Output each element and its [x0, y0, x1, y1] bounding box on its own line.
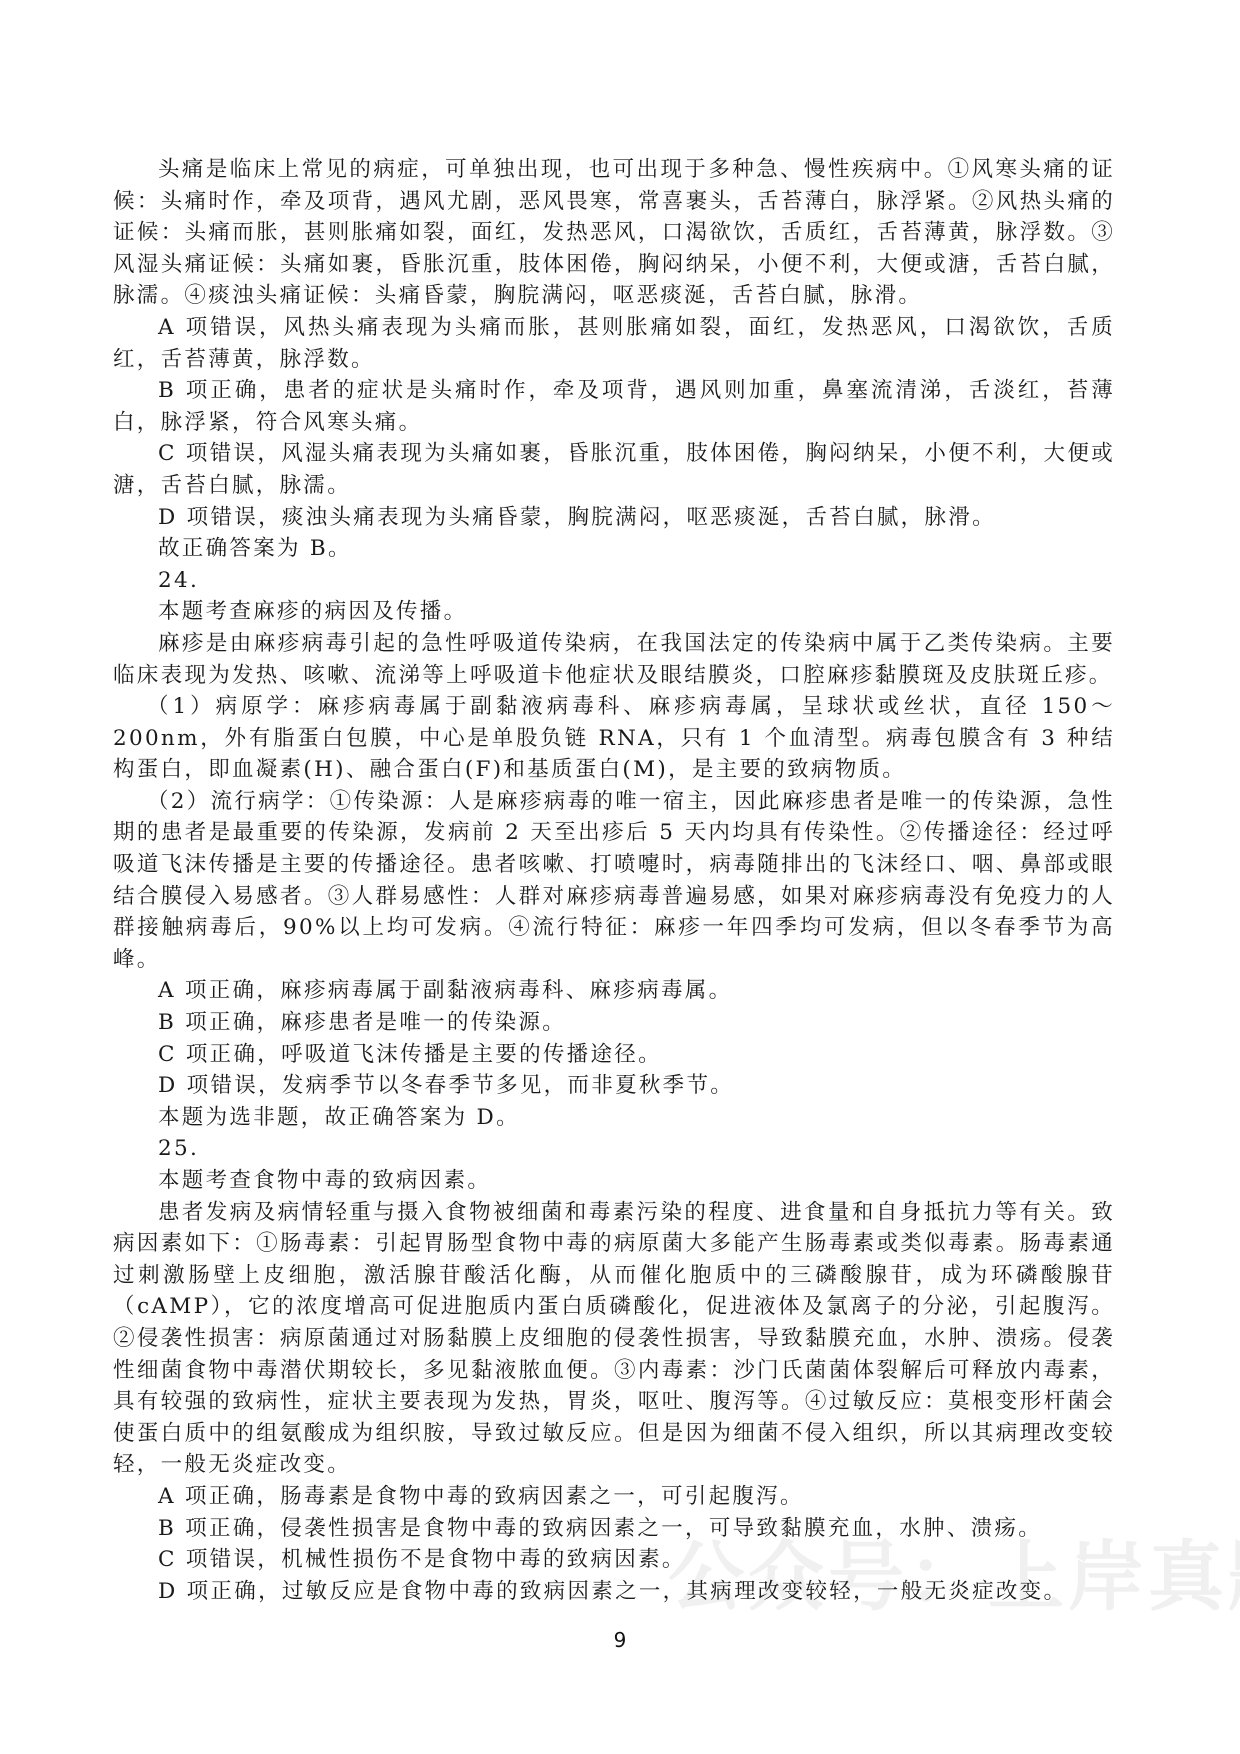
paragraph-option-b-q25: B 项正确，侵袭性损害是食物中毒的致病因素之一，可导致黏膜充血，水肿、溃疡。: [113, 1513, 1115, 1545]
paragraph-option-a-q24: A 项正确，麻疹病毒属于副黏液病毒科、麻疹病毒属。: [113, 975, 1115, 1007]
paragraph-option-d-q24: D 项错误，发病季节以冬春季节多见，而非夏秋季节。: [113, 1070, 1115, 1102]
paragraph-measles-etiology: （1）病原学：麻疹病毒属于副黏液病毒科、麻疹病毒属，呈球状或丝状，直径 150～…: [113, 691, 1115, 786]
paragraph-option-a-q23: A 项错误，风热头痛表现为头痛而胀，甚则胀痛如裂，面红，发热恶风，口渴欲饮，舌质…: [113, 312, 1115, 375]
paragraph-option-b-q23: B 项正确，患者的症状是头痛时作，牵及项背，遇风则加重，鼻塞流清涕，舌淡红，苔薄…: [113, 375, 1115, 438]
question-number-24: 24.: [113, 565, 1115, 597]
paragraph-food-poisoning-factors: 患者发病及病情轻重与摄入食物被细菌和毒素污染的程度、进食量和自身抵抗力等有关。致…: [113, 1197, 1115, 1481]
paragraph-option-a-q25: A 项正确，肠毒素是食物中毒的致病因素之一，可引起腹泻。: [113, 1481, 1115, 1513]
page-number: 9: [0, 1628, 1240, 1652]
paragraph-topic-q24: 本题考查麻疹的病因及传播。: [113, 596, 1115, 628]
paragraph-headache-overview: 头痛是临床上常见的病症，可单独出现，也可出现于多种急、慢性疾病中。①风寒头痛的证…: [113, 154, 1115, 312]
paragraph-answer-q24: 本题为选非题，故正确答案为 D。: [113, 1102, 1115, 1134]
paragraph-answer-q23: 故正确答案为 B。: [113, 533, 1115, 565]
question-number-25: 25.: [113, 1133, 1115, 1165]
paragraph-option-c-q25: C 项错误，机械性损伤不是食物中毒的致病因素。: [113, 1544, 1115, 1576]
paragraph-option-c-q23: C 项错误，风湿头痛表现为头痛如裹，昏胀沉重，肢体困倦，胸闷纳呆，小便不利，大便…: [113, 438, 1115, 501]
paragraph-topic-q25: 本题考查食物中毒的致病因素。: [113, 1165, 1115, 1197]
paragraph-measles-intro: 麻疹是由麻疹病毒引起的急性呼吸道传染病，在我国法定的传染病中属于乙类传染病。主要…: [113, 628, 1115, 691]
document-body: 头痛是临床上常见的病症，可单独出现，也可出现于多种急、慢性疾病中。①风寒头痛的证…: [113, 154, 1115, 1607]
paragraph-option-c-q24: C 项正确，呼吸道飞沫传播是主要的传播途径。: [113, 1039, 1115, 1071]
paragraph-option-d-q25: D 项正确，过敏反应是食物中毒的致病因素之一，其病理改变较轻，一般无炎症改变。: [113, 1576, 1115, 1608]
paragraph-option-d-q23: D 项错误，痰浊头痛表现为头痛昏蒙，胸脘满闷，呕恶痰涎，舌苔白腻，脉滑。: [113, 502, 1115, 534]
paragraph-option-b-q24: B 项正确，麻疹患者是唯一的传染源。: [113, 1007, 1115, 1039]
paragraph-measles-epidemiology: （2）流行病学：①传染源：人是麻疹病毒的唯一宿主，因此麻疹患者是唯一的传染源，急…: [113, 786, 1115, 976]
